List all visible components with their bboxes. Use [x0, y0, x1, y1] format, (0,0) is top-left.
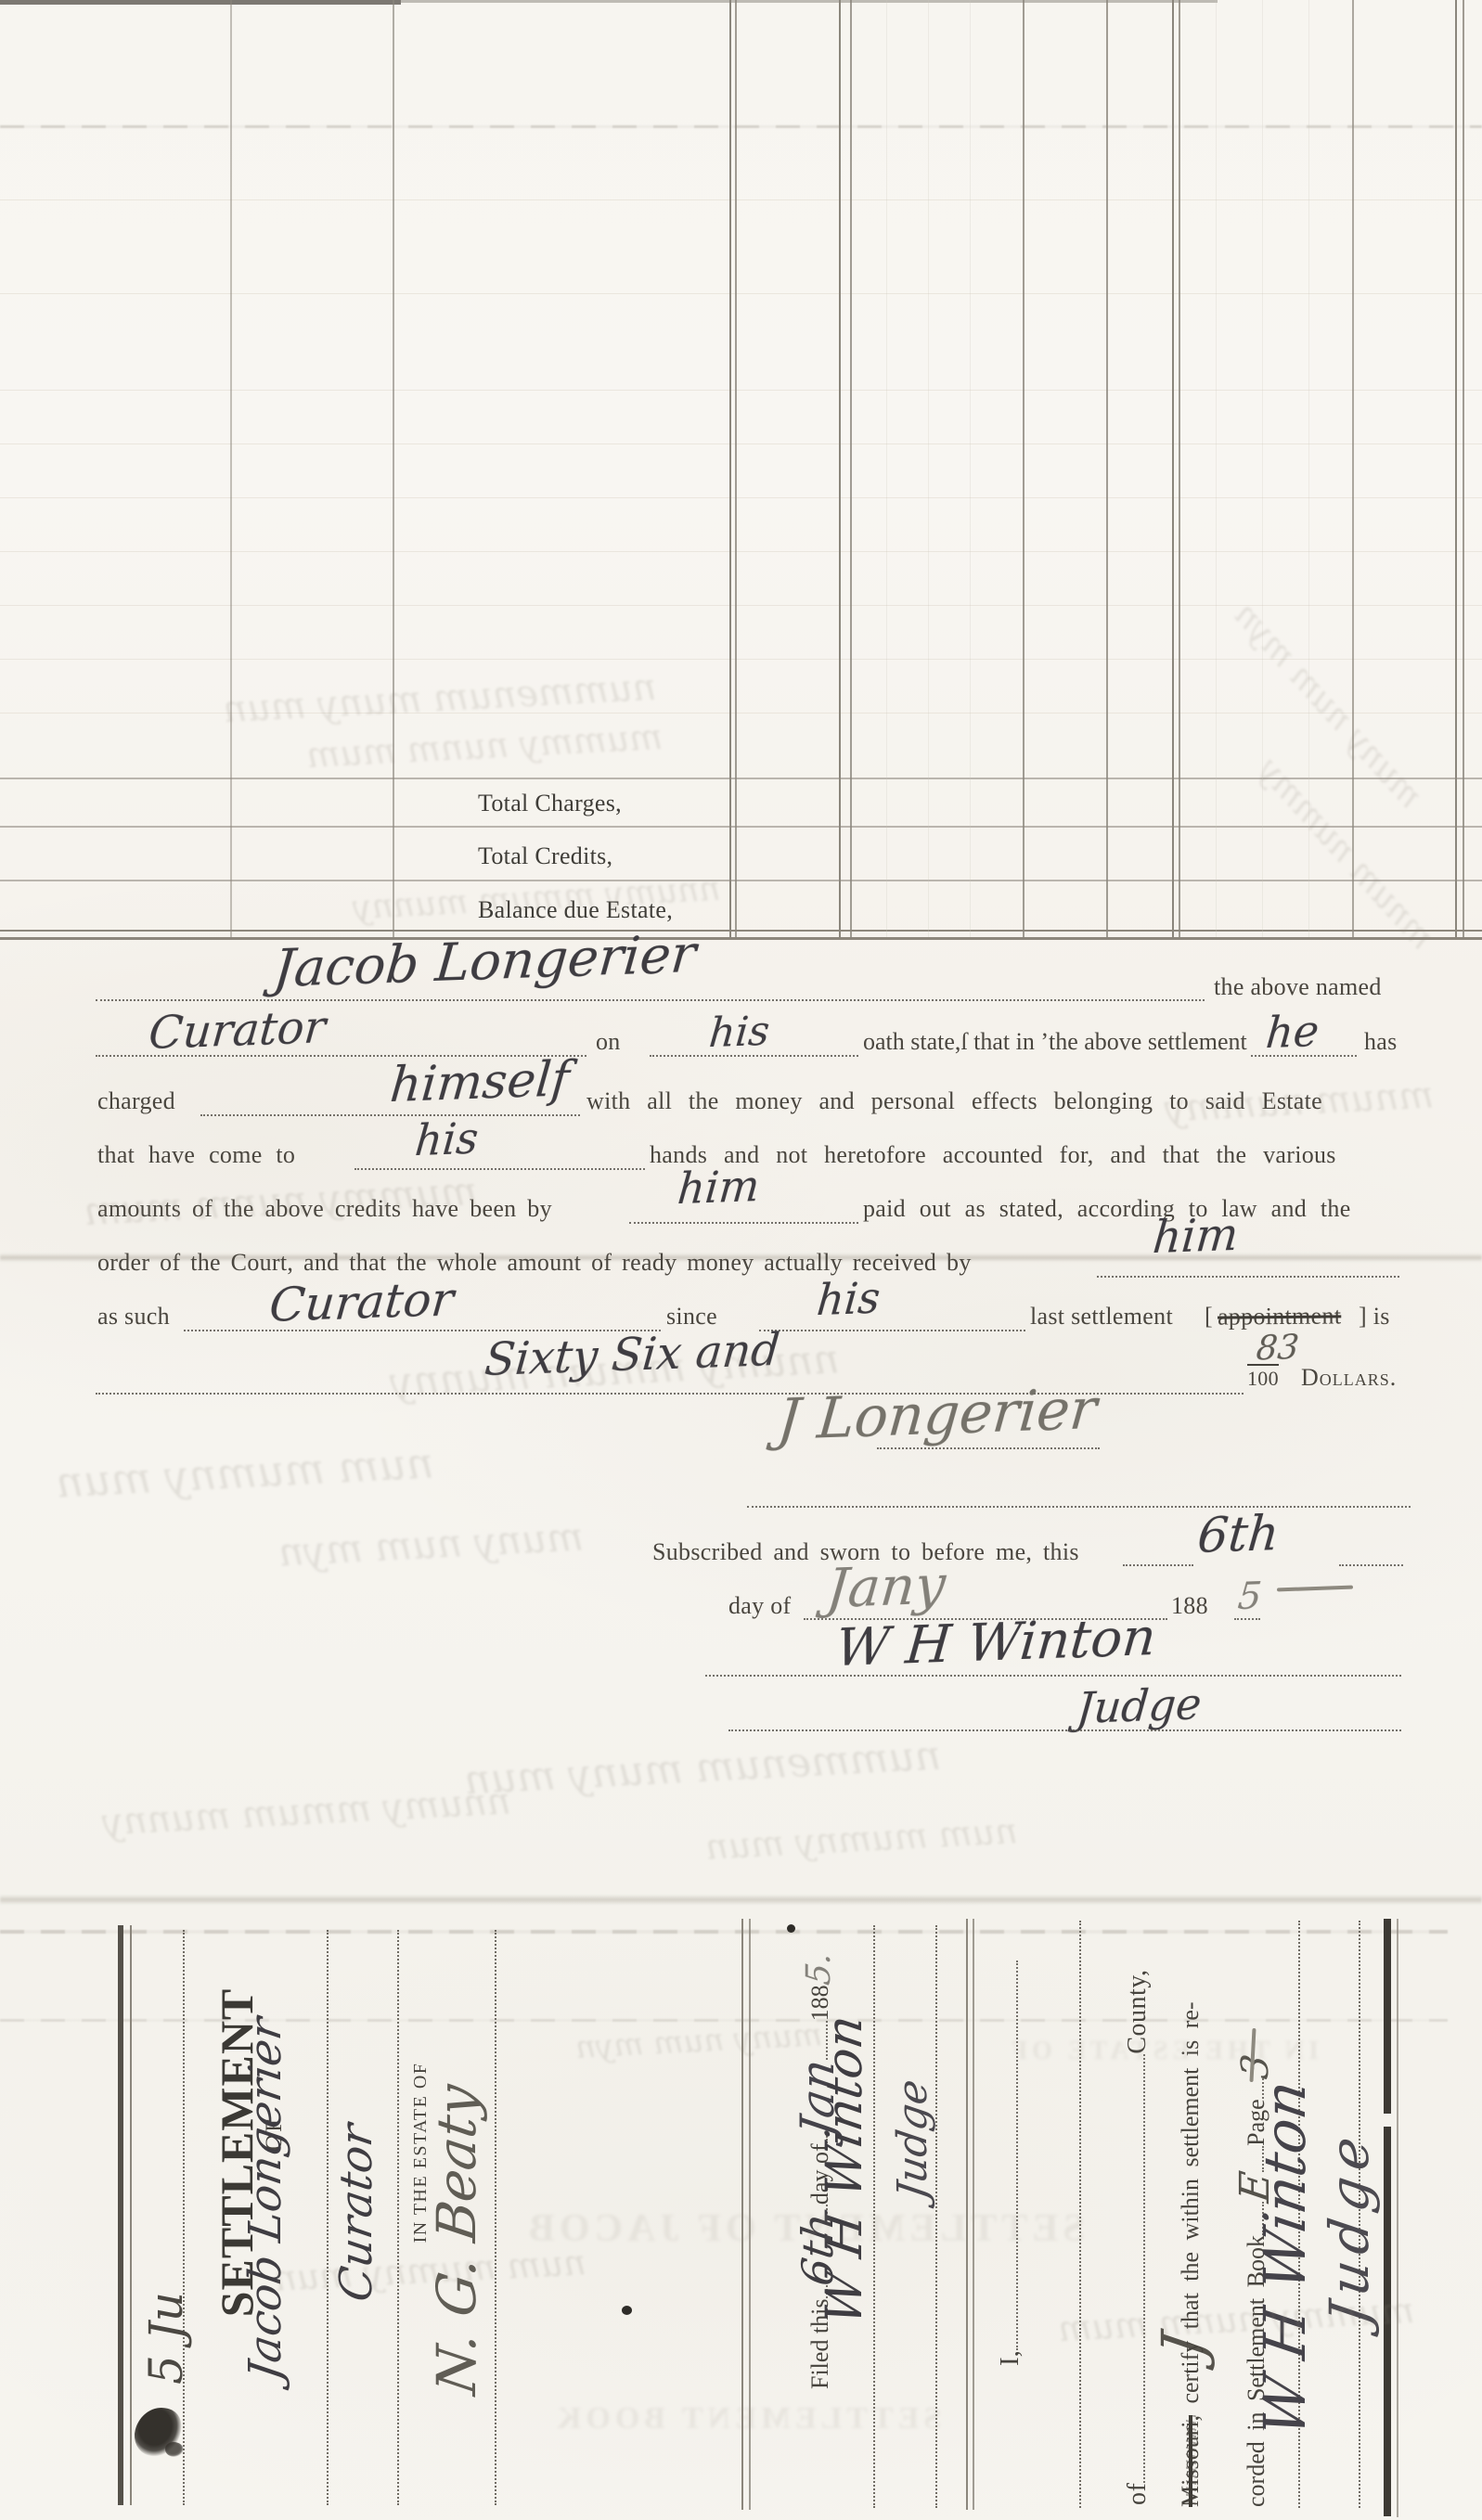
handwritten-docket-note: 5 Ju	[139, 2134, 193, 2385]
ledger-rule	[0, 551, 1482, 552]
struck-state-name: Missouri,	[1177, 2415, 1205, 2507]
cert-signature: W H Winton	[1251, 1935, 1320, 2436]
dotted-line	[96, 996, 1205, 1001]
docket-dotted-rule	[327, 1930, 329, 2505]
bleed-through-script: nnumy mmum munny	[101, 1781, 511, 1845]
judge-signature: W H Winton	[833, 1607, 1158, 1678]
handwritten-curator-name: Jacob Longerier	[271, 924, 699, 999]
filed-judge-signature-text: W H Winton	[815, 2012, 873, 2328]
cert-of-county-line: ofCounty,	[1123, 1921, 1153, 2505]
handwritten-docket-name: Jacob Longerier	[239, 1962, 291, 2380]
column-rule	[230, 0, 232, 939]
handwritten-his: his	[707, 1008, 771, 1057]
ledger-rule	[0, 390, 1482, 391]
scanned-settlement-document: Total Charges, Total Credits, Balance du…	[0, 0, 1482, 2520]
handwritten-his: his	[413, 1112, 481, 1165]
handwritten-cents: 83	[1255, 1329, 1300, 1369]
handwritten-docket-name-text: Jacob Longerier	[239, 2014, 291, 2384]
soiled-rule	[0, 125, 1482, 128]
handwritten-estate-name-text: N. G. Beaty	[425, 2081, 488, 2398]
docket-heavy-rule	[1384, 1919, 1391, 2114]
ink-dot	[622, 2306, 632, 2315]
sub-column-rule	[1262, 0, 1263, 937]
dotted-line	[1139, 2054, 1145, 2483]
printed-text: day of	[728, 1592, 792, 1620]
bleed-through-print: IN THE ESTATE OF	[1007, 2037, 1319, 2066]
docket-heavy-rule	[118, 1925, 123, 2505]
docket-rule	[130, 1925, 132, 2505]
sub-column-rule	[1216, 0, 1217, 937]
handwritten-him: him	[1151, 1209, 1241, 1264]
handwritten-filed-judge-title: Judge	[889, 1995, 936, 2199]
bleed-through-script: mummy nunm mum	[83, 1168, 479, 1234]
total-charges-label: Total Charges,	[478, 790, 622, 817]
dotted-line	[747, 1502, 1411, 1508]
dotted-line	[1123, 1561, 1193, 1566]
ledger-rule	[0, 199, 1482, 200]
bleed-through-script: muny num myn	[277, 1513, 585, 1575]
column-rule	[1023, 0, 1025, 939]
printed-bracket: ] is	[1359, 1303, 1390, 1331]
handwritten-cert-judge-title: Judge	[1318, 1907, 1381, 2324]
dotted-line	[1097, 1272, 1399, 1278]
dotted-line	[1012, 1961, 1018, 2350]
sub-column-rule	[970, 0, 971, 937]
dotted-line	[877, 1444, 1100, 1449]
pen-dash	[1277, 1586, 1353, 1592]
handwritten-his: his	[815, 1272, 883, 1325]
ink-blot	[165, 2442, 184, 2457]
filed-judge-title-text: Judge	[889, 2076, 936, 2203]
handwritten-estate-name: N. G. Beaty	[425, 1930, 488, 2394]
column-rule	[1179, 0, 1180, 939]
ink-dot	[787, 1924, 795, 1933]
handwritten-role: Curator	[267, 1272, 456, 1332]
column-rule	[735, 0, 737, 939]
table-bottom-double-rule	[0, 937, 1482, 940]
bleed-through-script: nummenum muny mun	[463, 1732, 942, 1805]
printed-text: has	[1364, 1028, 1398, 1056]
page-top-edge	[0, 0, 401, 5]
row-rule	[0, 826, 1482, 828]
bleed-through-script: num mumny mun	[704, 1810, 1018, 1868]
dotted-line	[728, 1726, 1401, 1731]
printed-year: 188	[1171, 1592, 1208, 1620]
bleed-through-print: SETTLEMENT BOOK	[552, 2401, 941, 2436]
dotted-line	[629, 1218, 858, 1224]
printed-text: that have come to	[97, 1141, 295, 1169]
handwritten-he: he	[1264, 1006, 1321, 1058]
printed-bracket: [	[1205, 1303, 1213, 1331]
printed-text: charged	[97, 1087, 175, 1115]
cert-certify-line: Missouri, certify that the within settle…	[1177, 1913, 1205, 2507]
column-rule	[850, 0, 852, 939]
row-rule	[0, 880, 1482, 881]
column-rule	[839, 0, 841, 939]
cert-i-line: I,	[995, 1930, 1025, 2366]
column-rule	[1352, 0, 1354, 939]
total-credits-label: Total Credits,	[478, 842, 612, 870]
dotted-line	[1339, 1561, 1403, 1566]
sub-column-rule	[928, 0, 929, 937]
column-rule	[729, 0, 731, 939]
dotted-line	[705, 1671, 1401, 1677]
docket-dotted-rule	[495, 1930, 496, 2505]
table-bottom-double-rule	[0, 930, 1482, 932]
column-rule	[1106, 0, 1108, 939]
ledger-rule	[0, 293, 1482, 294]
handwritten-year-digit: 5	[1236, 1575, 1263, 1618]
bleed-through-script: mnum nummy	[1164, 1074, 1435, 1130]
page-top-edge	[401, 0, 1218, 3]
handwritten-month: Jany	[824, 1552, 948, 1620]
dotted-line	[354, 1164, 645, 1170]
docket-rule	[1397, 1919, 1398, 2517]
bleed-through-script: num mumny mun	[55, 1437, 435, 1507]
curator-signature: J Longerier	[775, 1377, 1100, 1453]
printed-text: on	[596, 1028, 621, 1056]
printed-text: last settlement	[1030, 1303, 1173, 1331]
printed-dollars: Dollars.	[1301, 1364, 1397, 1392]
bleed-through-script: num mumny mun	[273, 2242, 586, 2299]
handwritten-him: him	[676, 1161, 762, 1214]
handwritten-day: 6th	[1195, 1506, 1282, 1564]
bleed-through-script: mummy nunm mum	[305, 716, 664, 776]
printed-text: the above named	[1214, 973, 1382, 1001]
handwritten-himself: himself	[388, 1051, 572, 1113]
struck-word-appointment: appointment	[1218, 1302, 1342, 1331]
docket-dotted-rule	[397, 1930, 399, 2505]
bleed-through-print: SETTLEMENT OF JACOB	[524, 2206, 1085, 2251]
printed-text: oath state,ſ that in ʼthe above settleme…	[863, 1028, 1247, 1056]
dotted-line	[759, 1326, 1025, 1331]
cert-signature-text: W H Winton	[1251, 2076, 1319, 2440]
column-rule	[1463, 0, 1464, 939]
cert-i: I,	[995, 2350, 1025, 2366]
printed-text: order of the Court, and that the whole a…	[97, 1249, 972, 1277]
column-rule	[393, 0, 394, 939]
column-rule	[1455, 0, 1457, 939]
ledger-rule	[0, 444, 1482, 444]
ledger-rule	[0, 497, 1482, 498]
cert-of: of	[1123, 2483, 1152, 2505]
fraction-denominator: 100	[1247, 1364, 1279, 1391]
printed-text: paid out as stated, according to law and…	[863, 1195, 1351, 1223]
filed-judge-signature: W H Winton	[815, 1953, 873, 2324]
printed-text: as such	[97, 1303, 170, 1331]
column-rule	[1172, 0, 1174, 939]
sub-column-rule	[886, 0, 887, 937]
fold-crease	[0, 1895, 1482, 1905]
